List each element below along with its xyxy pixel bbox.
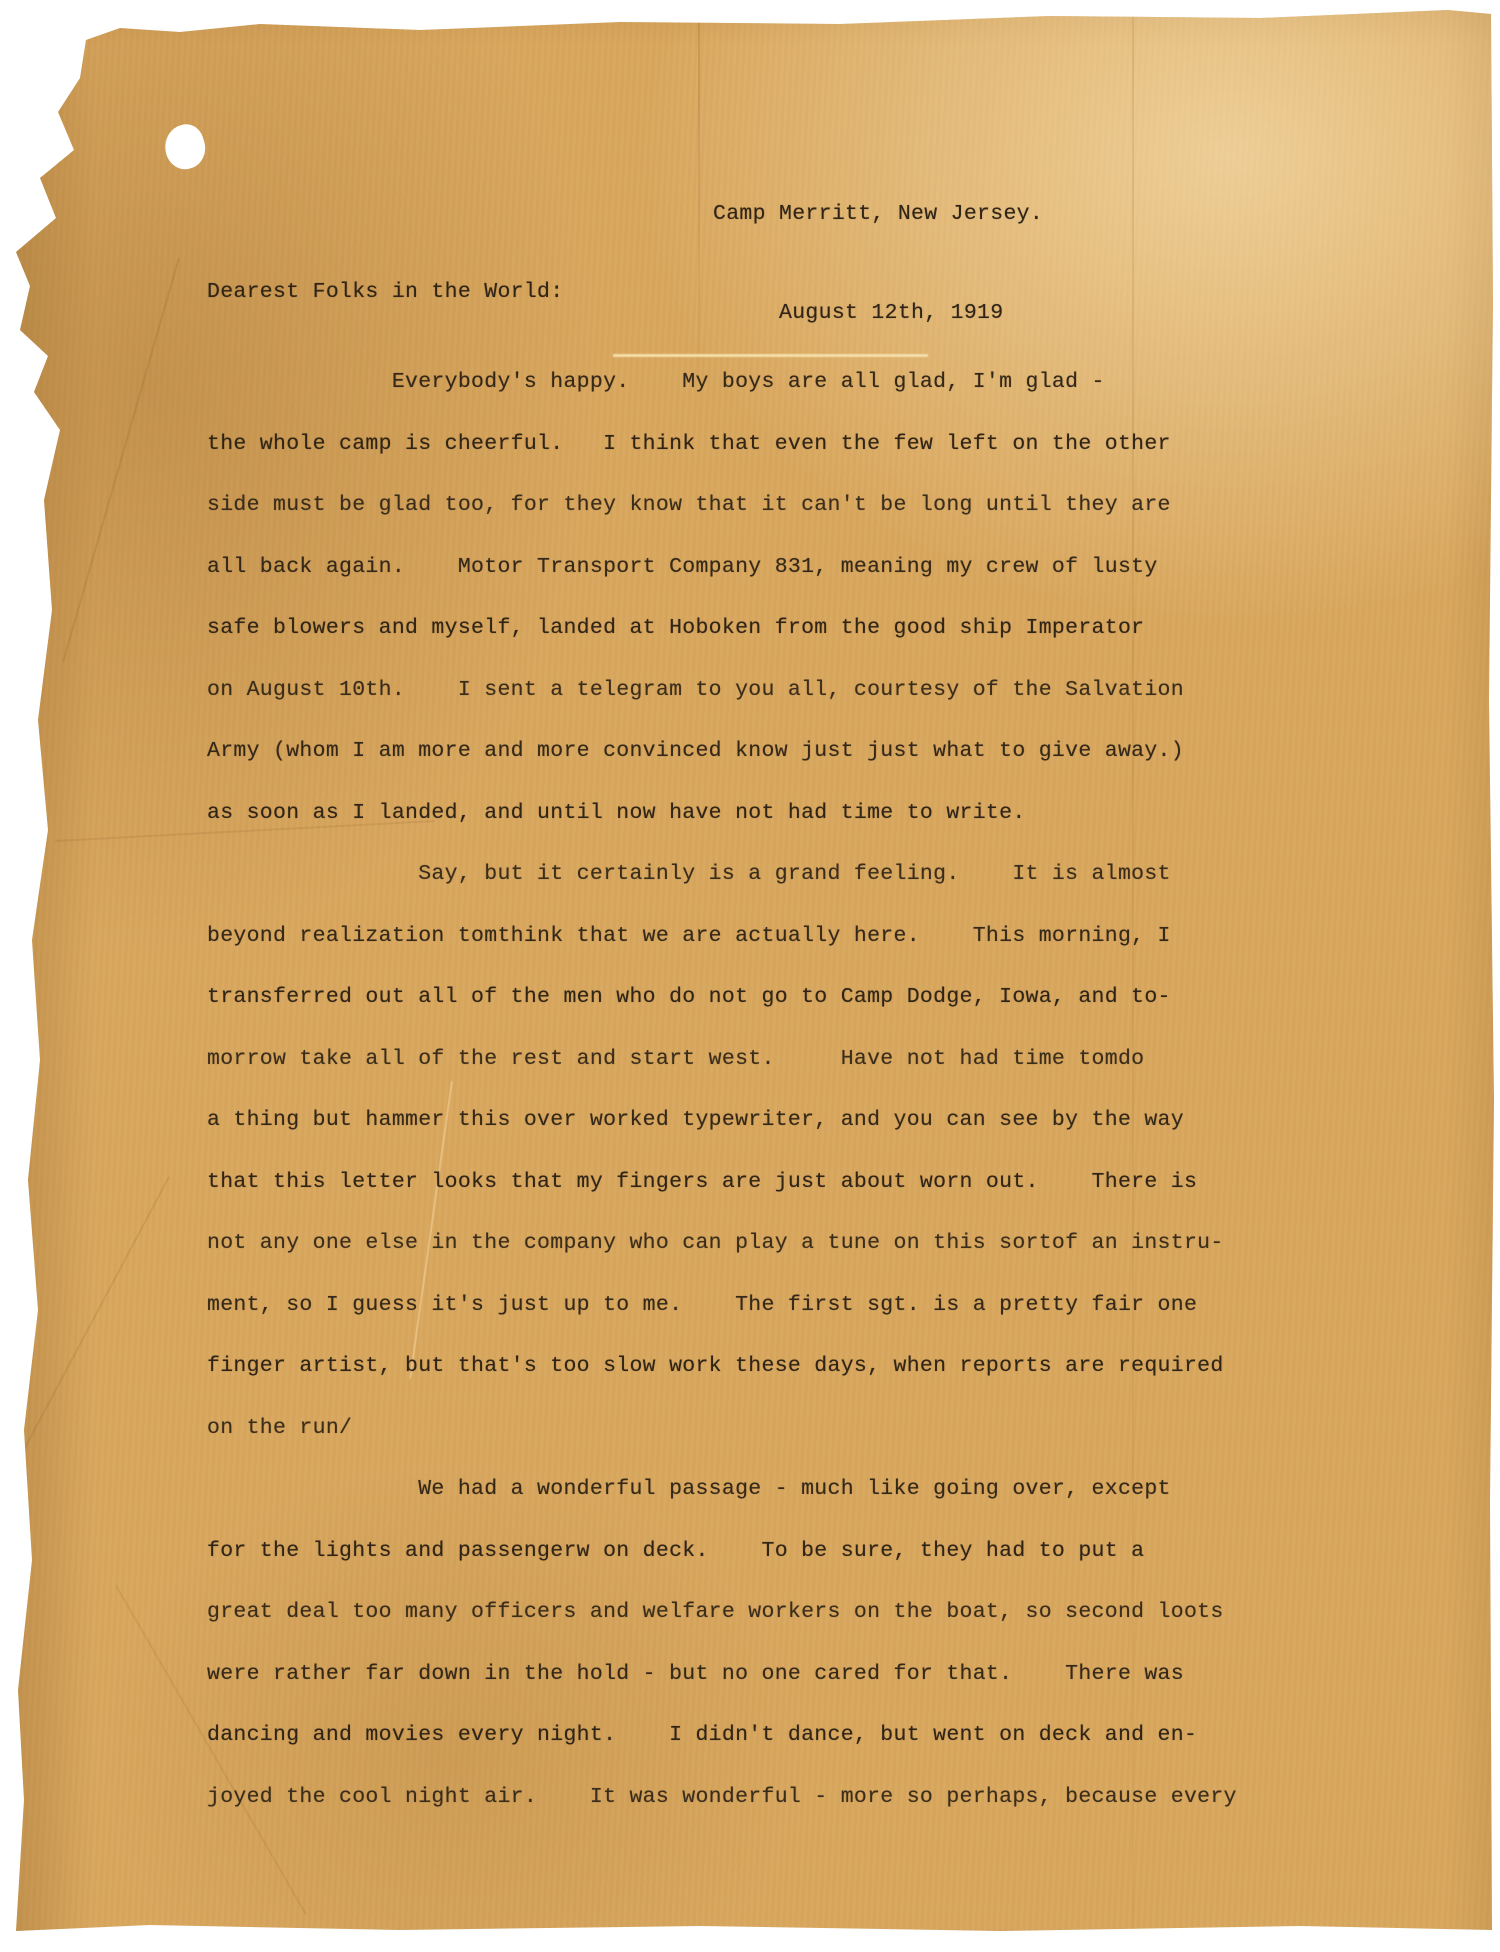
scanned-letter-page: { "page": { "background_color": "#ffffff…	[0, 0, 1500, 1952]
letter-line: We had a wonderful passage - much like g…	[207, 1459, 1407, 1521]
letter-line: for the lights and passengerw on deck. T…	[207, 1521, 1407, 1583]
letter-line: safe blowers and myself, landed at Hobok…	[207, 598, 1407, 660]
letter-line: great deal too many officers and welfare…	[207, 1582, 1407, 1644]
letter-line: beyond realization tomthink that we are …	[207, 906, 1407, 968]
letter-line: that this letter looks that my fingers a…	[207, 1152, 1407, 1214]
letter-line: a thing but hammer this over worked type…	[207, 1090, 1407, 1152]
dateline-date: August 12th, 1919	[713, 297, 1043, 330]
dateline-location: Camp Merritt, New Jersey.	[713, 198, 1043, 231]
letter-line: not any one else in the company who can …	[207, 1213, 1407, 1275]
letter-line: were rather far down in the hold - but n…	[207, 1644, 1407, 1706]
letter-line: Say, but it certainly is a grand feeling…	[207, 844, 1407, 906]
aged-letter-paper: Camp Merritt, New Jersey. August 12th, 1…	[0, 0, 1500, 1952]
letter-body: Everybody's happy. My boys are all glad,…	[207, 352, 1407, 1828]
letter-line: the whole camp is cheerful. I think that…	[207, 414, 1407, 476]
letter-line: Army (whom I am more and more convinced …	[207, 721, 1407, 783]
letter-line: on August 10th. I sent a telegram to you…	[207, 660, 1407, 722]
letter-line: dancing and movies every night. I didn't…	[207, 1705, 1407, 1767]
letter-line: on the run/	[207, 1398, 1407, 1460]
letter-line: ment, so I guess it's just up to me. The…	[207, 1275, 1407, 1337]
crease-line	[62, 258, 180, 662]
letter-line: side must be glad too, for they know tha…	[207, 475, 1407, 537]
crease-line	[0, 1176, 170, 1583]
letter-line: as soon as I landed, and until now have …	[207, 783, 1407, 845]
letter-line: all back again. Motor Transport Company …	[207, 537, 1407, 599]
letter-line: joyed the cool night air. It was wonderf…	[207, 1767, 1407, 1829]
salutation: Dearest Folks in the World:	[207, 280, 563, 304]
letter-line: morrow take all of the rest and start we…	[207, 1029, 1407, 1091]
letter-line: finger artist, but that's too slow work …	[207, 1336, 1407, 1398]
letter-line: transferred out all of the men who do no…	[207, 967, 1407, 1029]
letter-line: Everybody's happy. My boys are all glad,…	[207, 352, 1407, 414]
